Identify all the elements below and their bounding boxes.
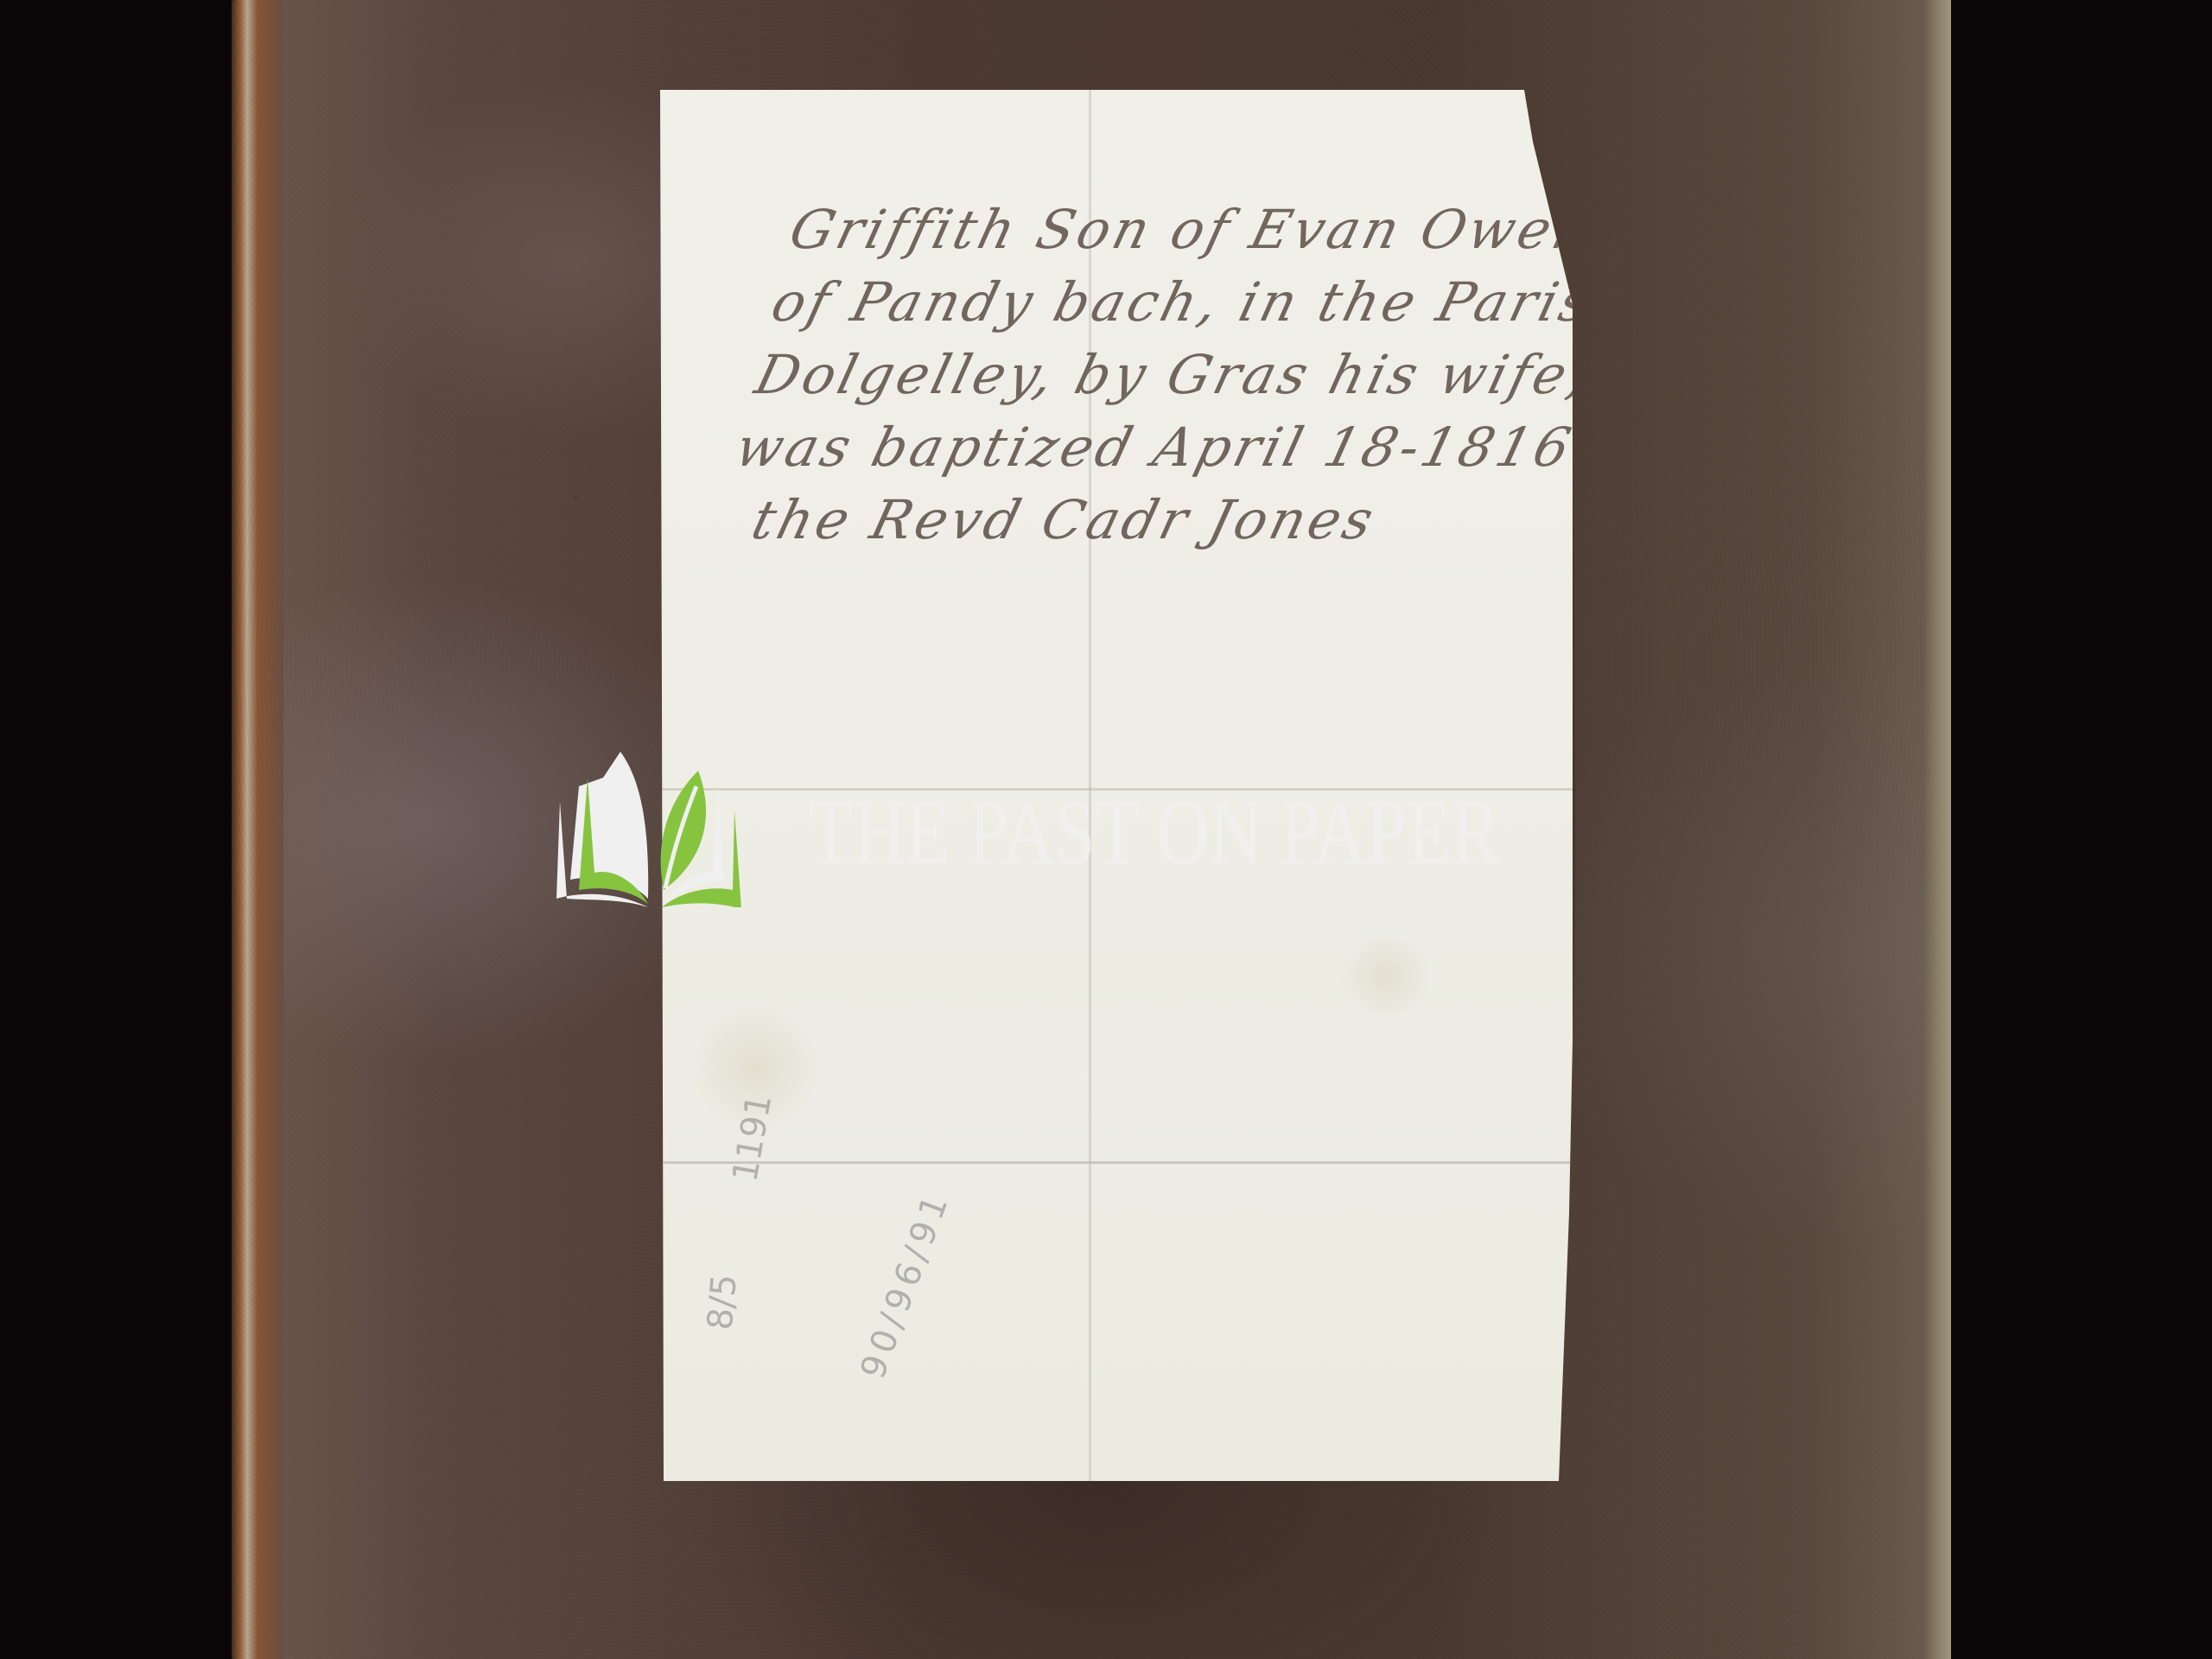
handwritten-line: Griffith Son of Evan Owen (782, 194, 1595, 266)
horizontal-fold-crease (660, 1161, 1573, 1164)
pencil-annotation: 90/96/91 (853, 1185, 957, 1384)
handwritten-line: Dolgelley, by Gras his wife, (747, 339, 1560, 411)
handwritten-line: the Revd Cadr Jones (710, 484, 1523, 556)
handwritten-line: of Pandy bach, in the Parish, of (764, 266, 1577, 339)
watermark: THE PAST ON PAPER (553, 752, 1694, 907)
paper-stain (1334, 937, 1438, 1014)
pencil-annotation: 8/5 (700, 1273, 744, 1332)
open-book-leaf-icon (553, 752, 786, 907)
handwritten-text: Griffith Son of Evan Owen of Pandy bach,… (710, 194, 1596, 556)
handwritten-line: was baptized April 18-1816 by (728, 411, 1541, 484)
watermark-text: THE PAST ON PAPER (809, 786, 1500, 880)
